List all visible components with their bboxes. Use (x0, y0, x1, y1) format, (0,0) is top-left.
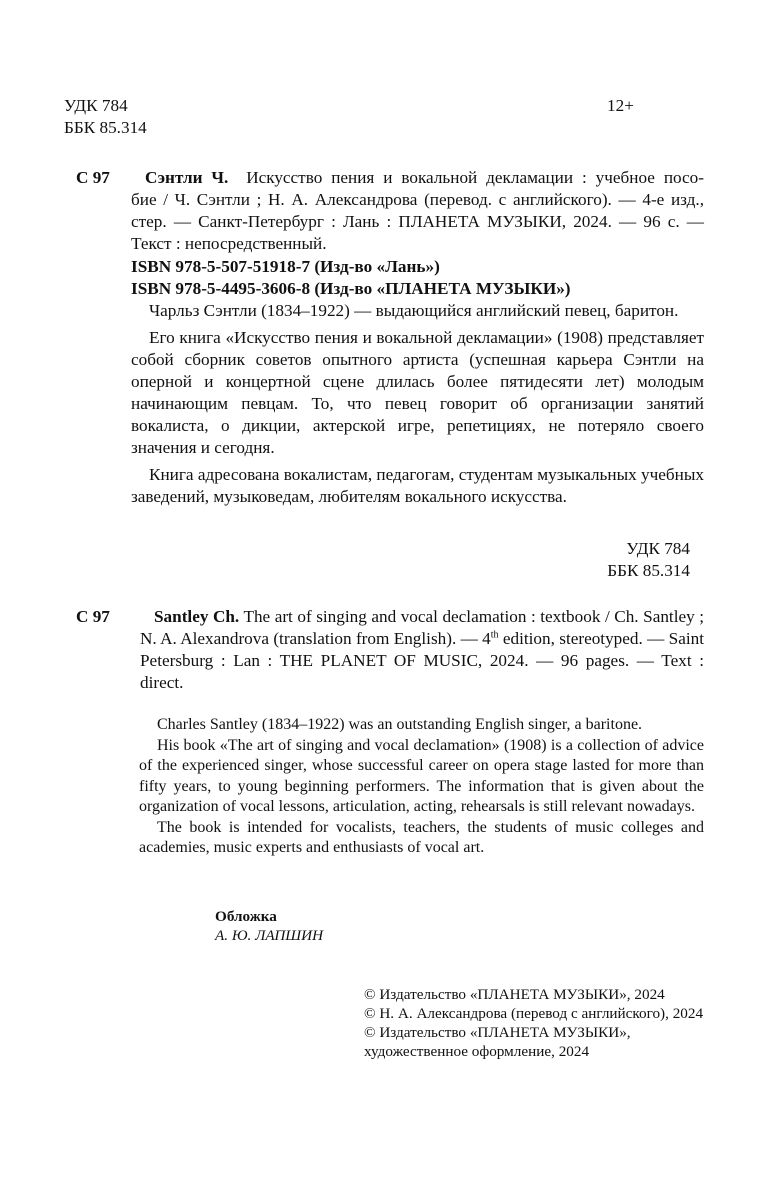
bib-line: стер. — Санкт-Петербург : Лань : ПЛАНЕТА… (131, 211, 704, 233)
bib-line: Сэнтли Ч. Искусство пения и вокальной де… (131, 167, 704, 189)
bibliographic-record-en: Santley Ch. The art of singing and vocal… (140, 606, 704, 694)
bbk-code: ББК 85.314 (64, 117, 147, 139)
annotation-paragraph: His book «The art of singing and vocal d… (139, 736, 704, 818)
annotation-paragraph: The book is intended for vocalists, teac… (139, 818, 704, 859)
cover-designer: А. Ю. ЛАПШИН (215, 926, 323, 945)
annotation-paragraph: Чарльз Сэнтли (1834–1922) — выдающийся а… (131, 300, 704, 322)
copyright-block: © Издательство «ПЛАНЕТА МУЗЫКИ», 2024 © … (364, 985, 704, 1061)
bibliographic-record-ru: Сэнтли Ч. Искусство пения и вокальной де… (131, 167, 704, 255)
author-cipher-en: С 97 (76, 606, 110, 628)
annotation-paragraph: Книга адресована вокалистам, педагогам, … (131, 464, 704, 508)
annotation-en: Charles Santley (1834–1922) was an outst… (139, 715, 704, 859)
cover-credit: Обложка А. Ю. ЛАПШИН (215, 907, 323, 945)
cover-label: Обложка (215, 907, 323, 926)
author-name-en: Santley Ch. (154, 607, 239, 626)
copyright-line: © Н. А. Александрова (перевод с английск… (364, 1004, 704, 1023)
annotation-ru: Чарльз Сэнтли (1834–1922) — выдающийся а… (131, 300, 704, 508)
bbk-code: ББК 85.314 (540, 560, 690, 582)
isbn-block: ISBN 978-5-507-51918-7 (Изд-во «Лань») I… (131, 256, 704, 300)
author-cipher-ru: С 97 (76, 167, 110, 189)
classification-codes-bottom: УДК 784 ББК 85.314 (540, 538, 690, 582)
udk-code: УДК 784 (64, 95, 147, 117)
bib-line: бие / Ч. Сэнтли ; Н. А. Александрова (пе… (131, 189, 704, 211)
age-rating: 12+ (607, 95, 634, 117)
udk-code: УДК 784 (540, 538, 690, 560)
isbn-lan: ISBN 978-5-507-51918-7 (Изд-во «Лань») (131, 256, 704, 278)
author-name-ru: Сэнтли Ч. (145, 168, 228, 187)
annotation-paragraph: Его книга «Искусство пения и вокальной д… (131, 327, 704, 459)
copyright-line: © Издательство «ПЛАНЕТА МУЗЫКИ», художес… (364, 1023, 704, 1061)
classification-codes-top: УДК 784 ББК 85.314 (64, 95, 147, 139)
isbn-planet-music: ISBN 978-5-4495-3606-8 (Изд-во «ПЛАНЕТА … (131, 278, 704, 300)
annotation-paragraph: Charles Santley (1834–1922) was an outst… (139, 715, 704, 736)
copyright-line: © Издательство «ПЛАНЕТА МУЗЫКИ», 2024 (364, 985, 704, 1004)
bib-line: Текст : непосредственный. (131, 233, 704, 255)
